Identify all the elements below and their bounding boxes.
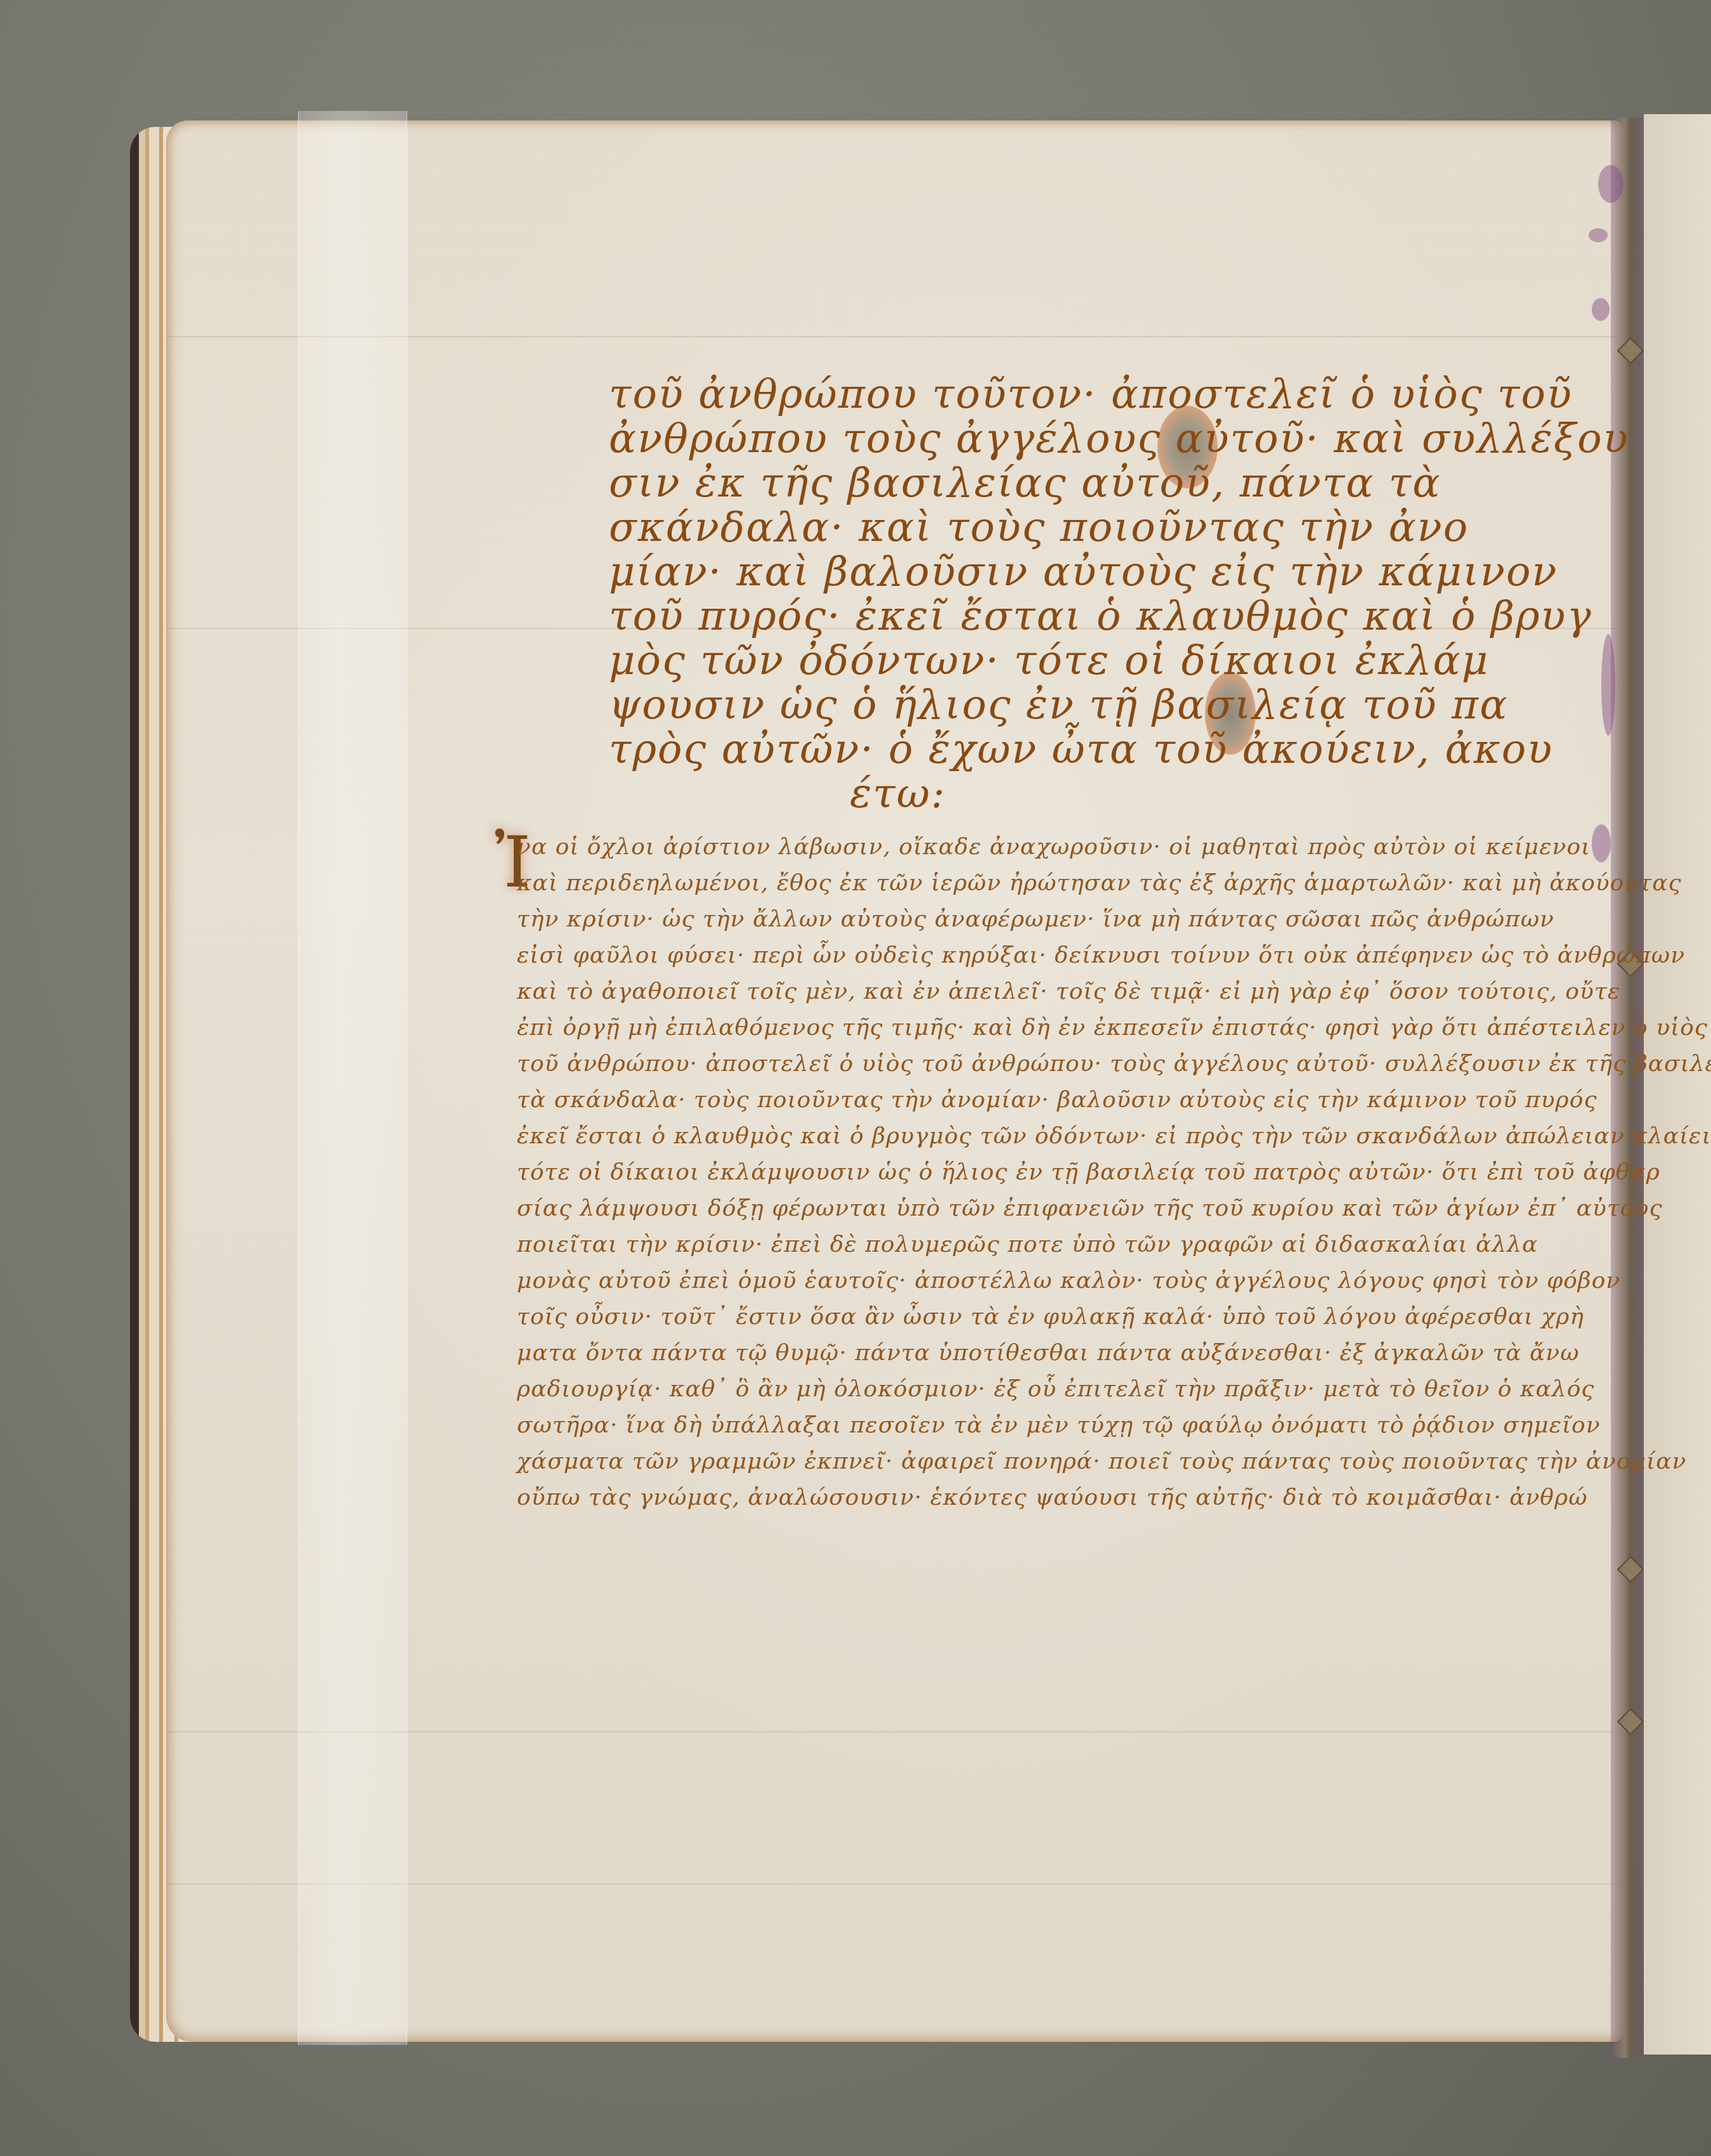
text-line-small: ποιεῖται τὴν κρίσιν· ἐπεὶ δὲ πολυμερῶς π… (517, 1231, 1538, 1257)
text-line-small: τὰ σκάνδαλα· τοὺς ποιοῦντας τὴν ἀνομίαν·… (517, 1087, 1597, 1113)
text-line-small: ματα ὄντα πάντα τῷ θυμῷ· πάντα ὑποτίθεσθ… (517, 1340, 1580, 1366)
text-line-large: μίαν· καὶ βαλοῦσιν αὐτοὺς εἰς τὴν κάμινο… (609, 549, 1558, 595)
text-line-small: τότε οἱ δίκαιοι ἐκλάμψουσιν ὡς ὁ ἥλιος ἐ… (517, 1159, 1660, 1185)
text-line-large: τρὸς αὐτῶν· ὁ ἔχων ὦτα τοῦ ἀκούειν, ἀκου (609, 726, 1553, 773)
text-line-small: χάσματα τῶν γραμμῶν ἐκπνεῖ· ἀφαιρεῖ πονη… (517, 1448, 1686, 1474)
text-line-large: σκάνδαλα· καὶ τοὺς ποιοῦντας τὴν ἀνο (609, 504, 1469, 551)
text-line-small: μονὰς αὐτοῦ ἐπεὶ ὁμοῦ ἑαυτοῖς· ἀποστέλλω… (517, 1268, 1620, 1294)
text-line-large: ψουσιν ὡς ὁ ἥλιος ἐν τῇ βασιλείᾳ τοῦ πα (609, 682, 1508, 729)
text-line-large: τοῦ ἀνθρώπου τοῦτον· ἀποστελεῖ ὁ υἱὸς το… (609, 371, 1573, 418)
text-line-small: ἐκεῖ ἔσται ὁ κλαυθμὸς καὶ ὁ βρυγμὸς τῶν … (517, 1123, 1711, 1149)
text-line-large: τοῦ πυρός· ἐκεῖ ἔσται ὁ κλαυθμὸς καὶ ὁ β… (609, 593, 1592, 640)
purple-stain (1598, 165, 1623, 203)
text-line-large: μὸς τῶν ὀδόντων· τότε οἱ δίκαιοι ἐκλάμ (609, 637, 1489, 684)
purple-stain (1601, 634, 1615, 736)
text-line-small: τὴν κρίσιν· ὡς τὴν ἄλλων αὐτοὺς ἀναφέρωμ… (517, 906, 1554, 932)
text-line-small: ραδιουργίᾳ· καθ᾽ ὃ ἂν μὴ ὁλοκόσμιον· ἐξ … (517, 1376, 1594, 1402)
facing-page-edge (1644, 114, 1711, 2055)
purple-stain (1592, 298, 1610, 321)
text-line-small: να οἱ ὄχλοι ἀρίστιον λάβωσιν, οἴκαδε ἀνα… (517, 834, 1591, 860)
text-line-large: ἀνθρώπου τοὺς ἀγγέλους αὐτοῦ· καὶ συλλέξ… (609, 415, 1629, 462)
tape-strip (298, 111, 407, 2045)
text-line-small: εἰσὶ φαῦλοι φύσει· περὶ ὧν οὐδεὶς κηρύξα… (517, 942, 1685, 968)
text-line-small: τοῖς οὖσιν· τοῦτ᾽ ἔστιν ὅσα ἂν ὦσιν τὰ ἐ… (517, 1304, 1584, 1330)
purple-stain (1592, 824, 1611, 862)
text-line-small: τοῦ ἀνθρώπου· ἀποστελεῖ ὁ υἱὸς τοῦ ἀνθρώ… (517, 1051, 1711, 1077)
initial-letter: Ἰ (495, 824, 520, 900)
text-line-small: καὶ τὸ ἀγαθοποιεῖ τοῖς μὲν, καὶ ἐν ἀπειλ… (517, 978, 1620, 1004)
text-line-small: σωτῆρα· ἵνα δὴ ὑπάλλαξαι πεσοῖεν τὰ ἐν μ… (517, 1412, 1601, 1438)
text-line-small: σίας λάμψουσι δόξῃ φέρωνται ὑπὸ τῶν ἐπιφ… (517, 1195, 1663, 1221)
text-line-large: έτω: (850, 770, 946, 817)
text-line-small: καὶ περιδεηλωμένοι, ἔθος ἐκ τῶν ἱερῶν ἠρ… (517, 870, 1682, 896)
text-line-small: οὔπω τὰς γνώμας, ἀναλώσουσιν· ἑκόντες ψα… (517, 1484, 1588, 1510)
binding-gutter (1611, 117, 1646, 2058)
purple-stain (1589, 228, 1608, 242)
text-line-large: σιν ἐκ τῆς βασιλείας αὐτοῦ, πάντα τὰ (609, 460, 1441, 507)
text-line-small: ἐπὶ ὀργῇ μὴ ἐπιλαθόμενος τῆς τιμῆς· καὶ … (517, 1015, 1708, 1041)
